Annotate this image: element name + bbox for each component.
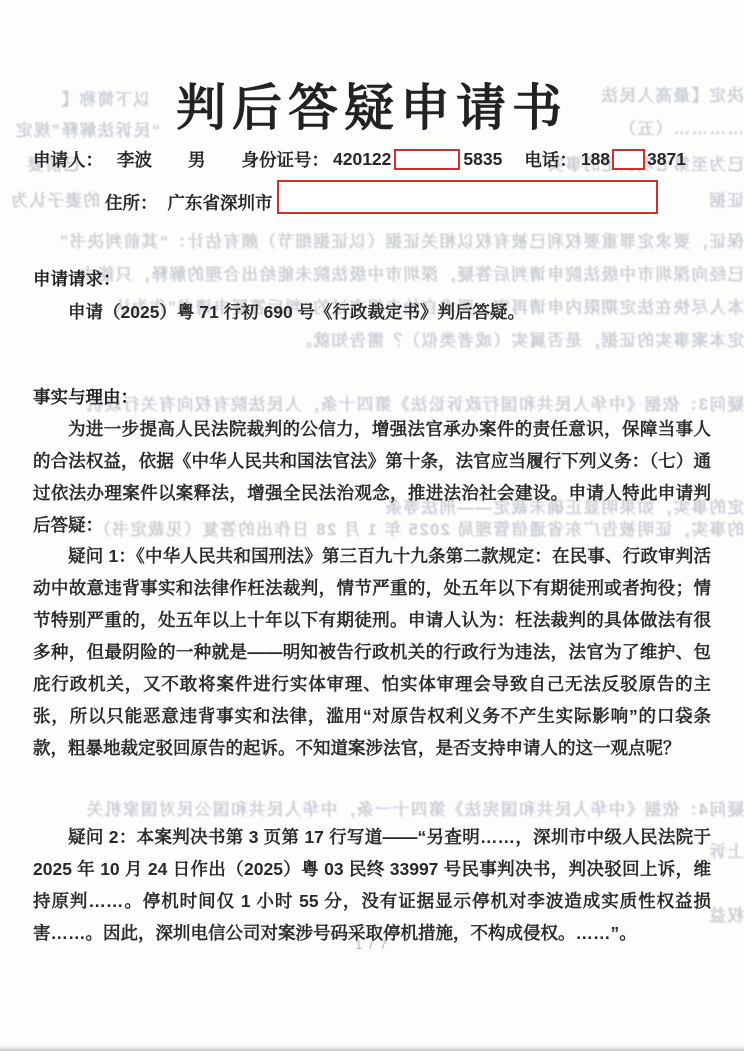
request-heading: 申请请求： [33,266,121,291]
address-label: 住所： [105,190,158,215]
address-line: 住所： 广东省深圳市 [105,190,273,215]
id-number-suffix: 5835 [463,149,502,170]
address-redaction-box [277,180,658,214]
applicant-label: 申请人： [33,147,103,172]
id-number-prefix: 420122 [333,149,391,170]
bleedthrough-line: 证据 [662,187,744,211]
facts-paragraph-intro: 为进一步提高人民法院裁判的公信力，增强法官承办案件的责任意识，保障当事人的合法权… [33,413,711,541]
request-body: 申请（2025）粤 71 行初 690 号《行政裁定书》判后答疑。 [33,296,711,328]
applicant-name: 李波 [117,147,152,172]
phone-redaction-box [612,149,645,170]
bleedthrough-line: 的妻子认为 [0,187,100,211]
address-text: 广东省深圳市 [168,190,273,215]
bleedthrough-line: 保证，要求定罪重要权利已被有权以相关证据（以证据细节）颇有估计：“其前判决书” [0,228,744,252]
document-title: 判后答疑申请书 [0,68,744,140]
applicant-line: 申请人： 李波 男 身份证号： 420122 5835 电话： 188 3871 [33,147,686,172]
facts-paragraph-question2: 疑问 2：本案判决书第 3 页第 17 行写道——“另查明……，深圳市中级人民法… [33,821,711,949]
id-number-redaction-box [394,149,460,170]
facts-heading: 事实与理由： [33,384,138,409]
phone-prefix: 188 [581,149,610,170]
id-number-label: 身份证号： [242,147,330,172]
phone-label: 电话： [524,147,577,172]
phone-suffix: 3871 [647,149,686,170]
bleedthrough-line: 疑问4：依据《中华人民共和国宪法》第四十一条，中华人民共和国公民对国家机关 [0,796,744,820]
scan-edge-shadow [0,1045,744,1051]
scanned-document-page: 决定【最高人民法 以下简称【 …………（五） “民诉法解释”规定 已为至第七项认… [0,0,744,1051]
page-number-indicator: 1 / 7 [0,938,744,952]
facts-paragraph-question1: 疑问 1：《中华人民共和国刑法》第三百九十九条第二款规定：在民事、行政审判活动中… [33,540,711,764]
bleedthrough-line: 定本案事实的证据，是否属实（或者类似）？需告知就。 [300,327,744,351]
applicant-gender: 男 [188,147,206,172]
